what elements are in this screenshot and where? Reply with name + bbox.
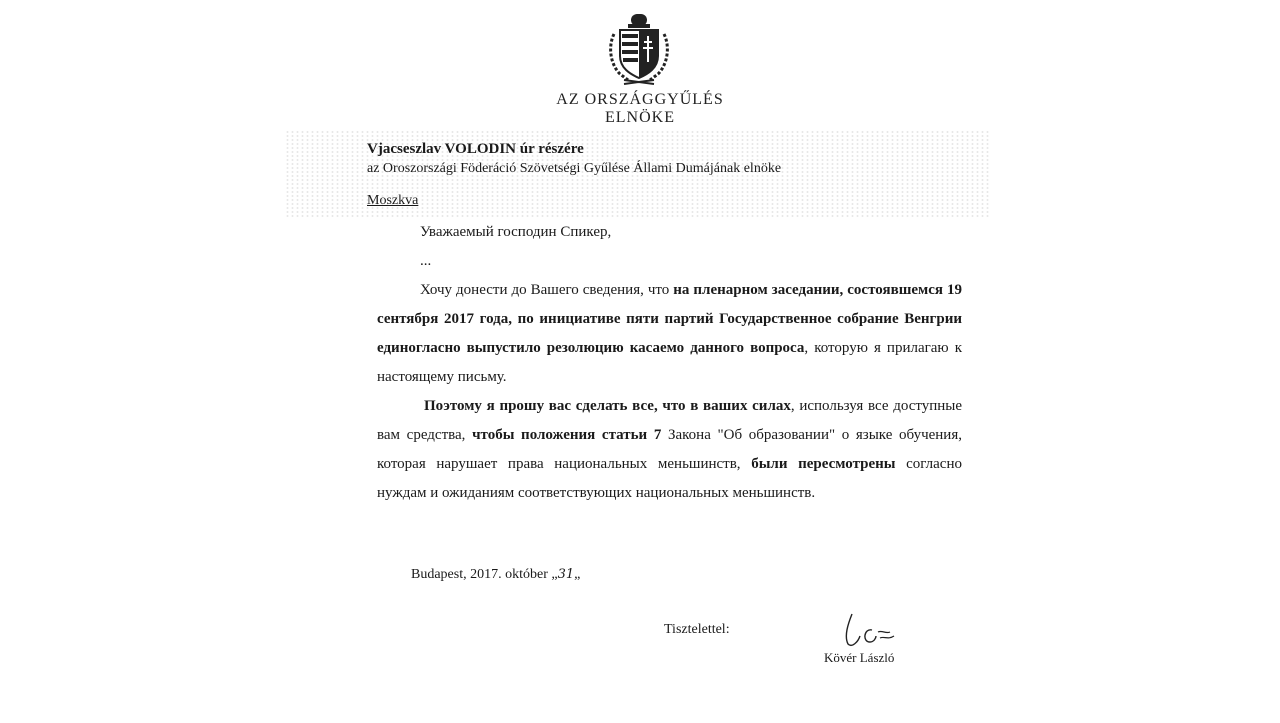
handwritten-signature-icon — [838, 612, 898, 652]
bold-text: чтобы положения статьи 7 — [472, 427, 661, 443]
recipient-city: Moszkva — [367, 191, 781, 210]
date-prefix: Budapest, 2017. október „ — [411, 567, 558, 582]
date-suffix: „ — [574, 567, 580, 582]
recipient-role: az Oroszországi Föderáció Szövetségi Gyű… — [367, 159, 781, 178]
text: Хочу донести до Вашего сведения, что — [420, 282, 673, 298]
date-day-handwritten: 31 — [558, 567, 575, 582]
bold-text: Поэтому я прошу вас сделать все, что в в… — [424, 398, 791, 414]
signer-name: Kövér László — [824, 650, 894, 666]
paragraph-1: Хочу донести до Вашего сведения, что на … — [377, 276, 962, 392]
closing-phrase: Tisztelettel: — [664, 622, 730, 638]
recipient-name: Vjacseszlav VOLODIN úr részére — [367, 140, 781, 159]
bold-text: были пересмотрены — [751, 456, 895, 472]
letter-page: AZ ORSZÁGGYŰLÉS ELNÖKE Vjacseszlav VOLOD… — [0, 0, 1280, 723]
letter-body: Уважаемый господин Спикер, ... Хочу доне… — [377, 218, 962, 508]
place-date: Budapest, 2017. október „31„ — [411, 567, 580, 583]
paragraph-2: Поэтому я прошу вас сделать все, что в в… — [377, 392, 962, 508]
recipient-block: Vjacseszlav VOLODIN úr részére az Oroszo… — [367, 140, 781, 210]
letterhead-title: AZ ORSZÁGGYŰLÉS ELNÖKE — [520, 91, 760, 127]
omission-ellipsis: ... — [420, 247, 962, 276]
coat-of-arms-icon — [606, 12, 672, 88]
salutation: Уважаемый господин Спикер, — [420, 218, 962, 247]
